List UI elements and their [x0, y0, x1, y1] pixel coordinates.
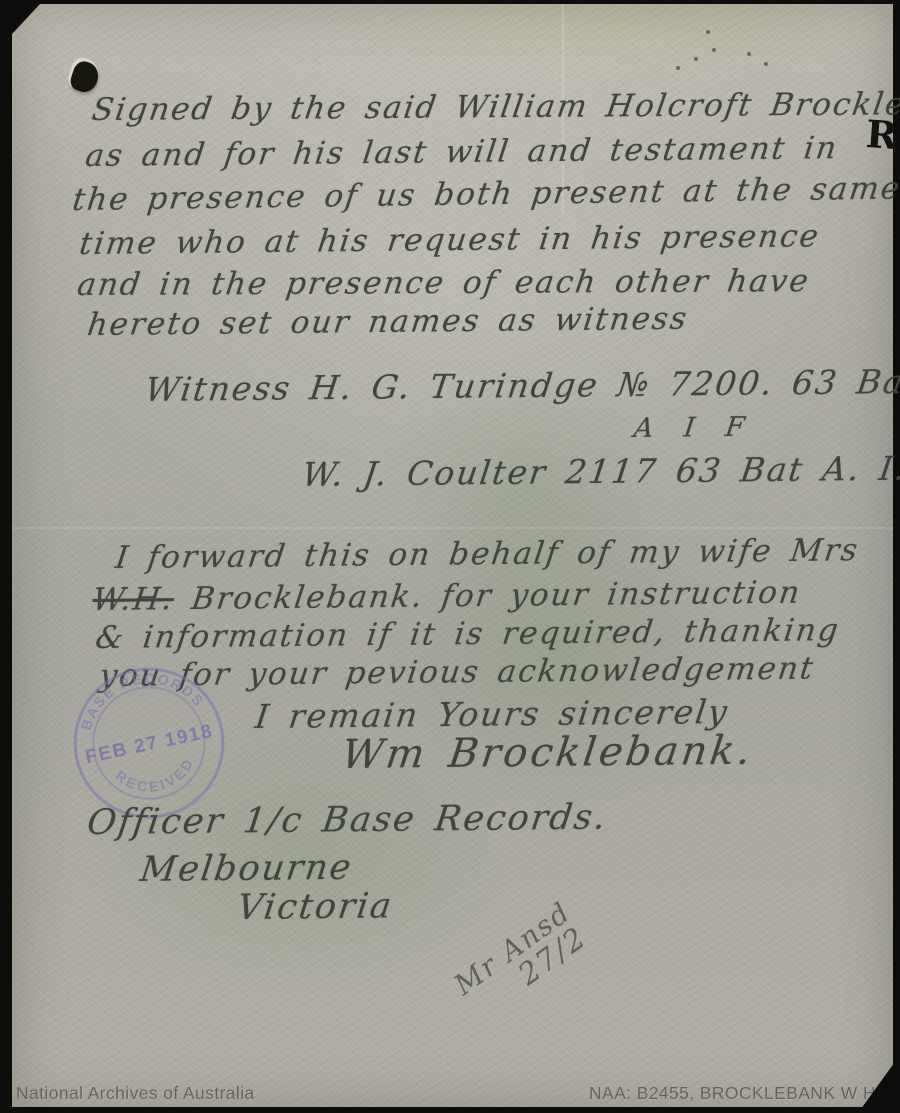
letter-line: Signed by the said William Holcroft Broc… [90, 86, 900, 128]
witness-unit: A I F [632, 412, 754, 444]
scanned-document-page: Signed by the said William Holcroft Broc… [0, 0, 900, 1113]
pin-hole [694, 57, 698, 61]
pin-hole [747, 52, 751, 56]
pin-hole [706, 30, 710, 34]
torn-corner-top-left [12, 4, 40, 34]
horizontal-fold-crease [12, 527, 893, 529]
address-line: Victoria [235, 886, 396, 928]
letter-line: hereto set our names as witness [85, 301, 690, 343]
witness-signature-line: Witness H. G. Turindge № 7200. 63 Bat [143, 362, 900, 409]
pin-hole [764, 62, 768, 66]
witness-signature-line: W. J. Coulter 2117 63 Bat A. I. F. [300, 448, 900, 494]
pin-hole [712, 48, 716, 52]
pin-hole [676, 66, 680, 70]
address-line: Melbourne [138, 848, 355, 890]
letter-line: and in the presence of each other have [75, 263, 812, 303]
archive-watermark-right: NAA: B2455, BROCKLEBANK W H [589, 1083, 876, 1104]
ink-mark-r: R [864, 111, 899, 158]
archive-watermark-left: National Archives of Australia [16, 1083, 255, 1104]
signature: Wm Brocklebank. [339, 728, 756, 778]
letter-line-text: Brocklebank. for your instruction [172, 575, 804, 618]
address-line: Officer 1/c Base Records. [85, 798, 610, 843]
cut-corner-bottom-right [858, 1055, 900, 1113]
struck-initials: W.H. [90, 581, 176, 618]
letter-line: W.H. Brocklebank. for your instruction [90, 575, 803, 618]
